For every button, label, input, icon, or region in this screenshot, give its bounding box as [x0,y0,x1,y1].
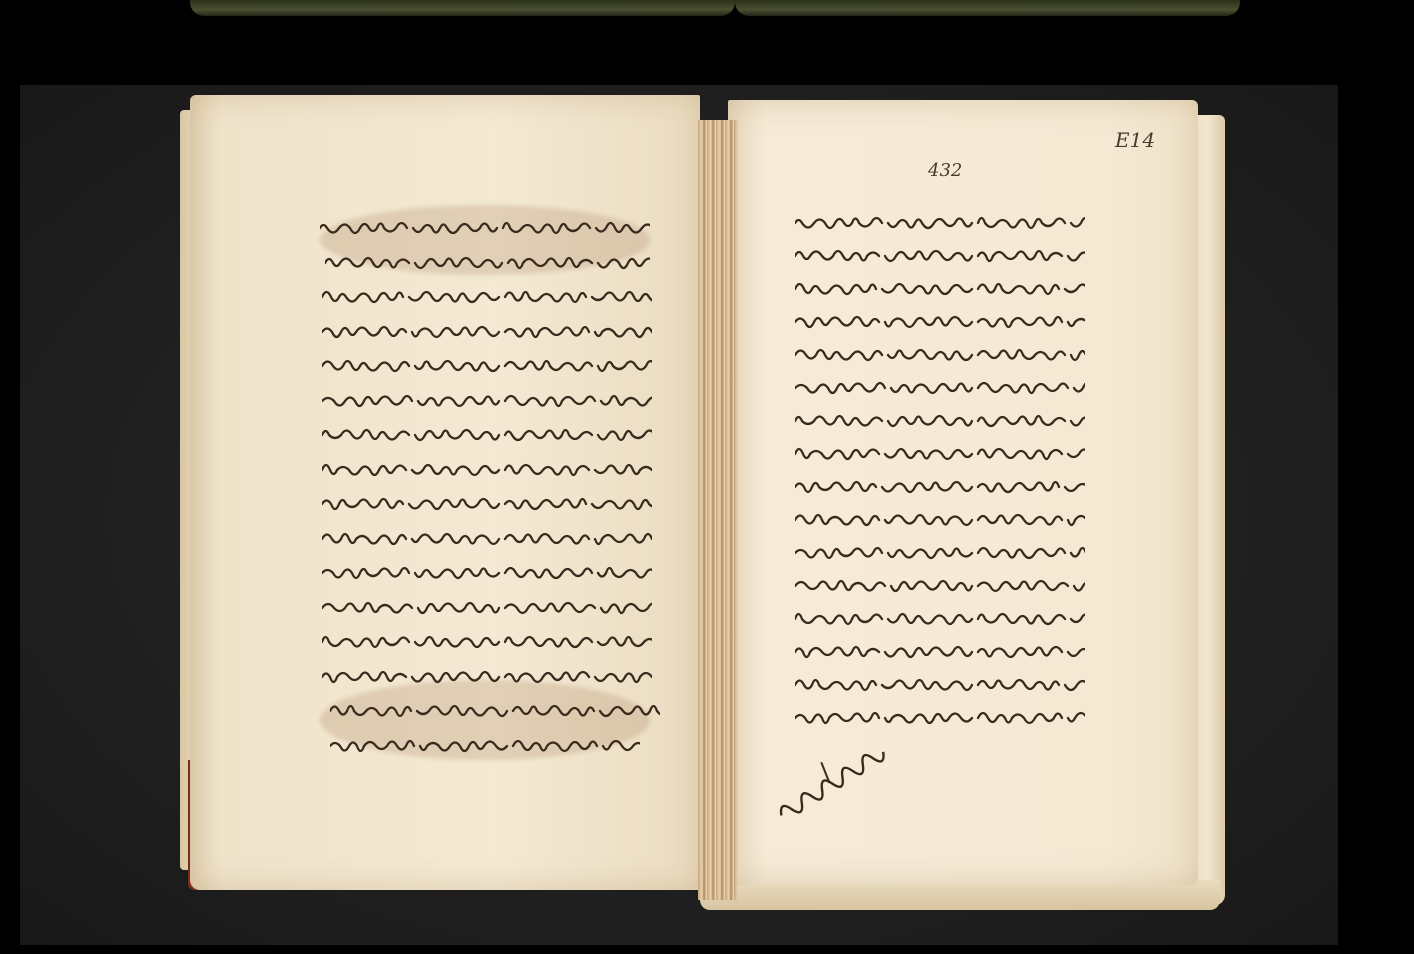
film-frame-top-right [735,0,1240,16]
manuscript-line: [cursive script line 4] [322,314,652,344]
manuscript-line: [cursive script line 9] [322,486,652,516]
manuscript-line: [cursive script line 7] [795,403,1085,433]
manuscript-line: [cursive script line 5] [795,337,1085,367]
manuscript-line: [cursive script line 13] [795,601,1085,631]
manuscript-line: [cursive script line 3] [795,271,1085,301]
manuscript-line: [cursive script line 9] [795,469,1085,499]
manuscript-line: [cursive script line 8] [795,436,1085,466]
manuscript-line: [cursive script line 6] [322,383,652,413]
manuscript-line: [cursive script line 15] [795,667,1085,697]
corner-page-number: E14 [1115,128,1155,152]
manuscript-line: [cursive script line 5] [322,348,652,378]
manuscript-line: [cursive script line 2] [795,238,1085,268]
manuscript-line: [cursive script line 14] [795,634,1085,664]
folio-number: 432 [928,160,962,181]
manuscript-line: [cursive script line 12] [322,590,652,620]
manuscript-line: [cursive script line 11] [795,535,1085,565]
manuscript-line: [cursive script line 1] [795,205,1085,235]
manuscript-line: [cursive script line 16] [330,728,640,758]
manuscript-line: [cursive script line 14] [322,659,652,689]
manuscript-line: [cursive script line 2] [325,245,650,275]
manuscript-line: [cursive script line 8] [322,452,652,482]
manuscript-line: [cursive script line 3] [322,279,652,309]
manuscript-line: [cursive script line 7] [322,417,652,447]
manuscript-line: [cursive script line 12] [795,568,1085,598]
manuscript-line: [cursive script line 4] [795,304,1085,334]
manuscript-line: [cursive script line 16] [795,700,1085,730]
manuscript-line: [cursive script line 15] [330,693,660,723]
manuscript-line: [cursive script line 10] [795,502,1085,532]
manuscript-line: [cursive script line 6] [795,370,1085,400]
manuscript-line: [cursive script line 10] [322,521,652,551]
manuscript-line: [cursive script line 13] [322,624,652,654]
film-frame-top-left [190,0,735,16]
manuscript-line: [cursive script line 11] [322,555,652,585]
book-spine [698,120,738,900]
manuscript-line: [cursive script line 1] [320,210,650,240]
